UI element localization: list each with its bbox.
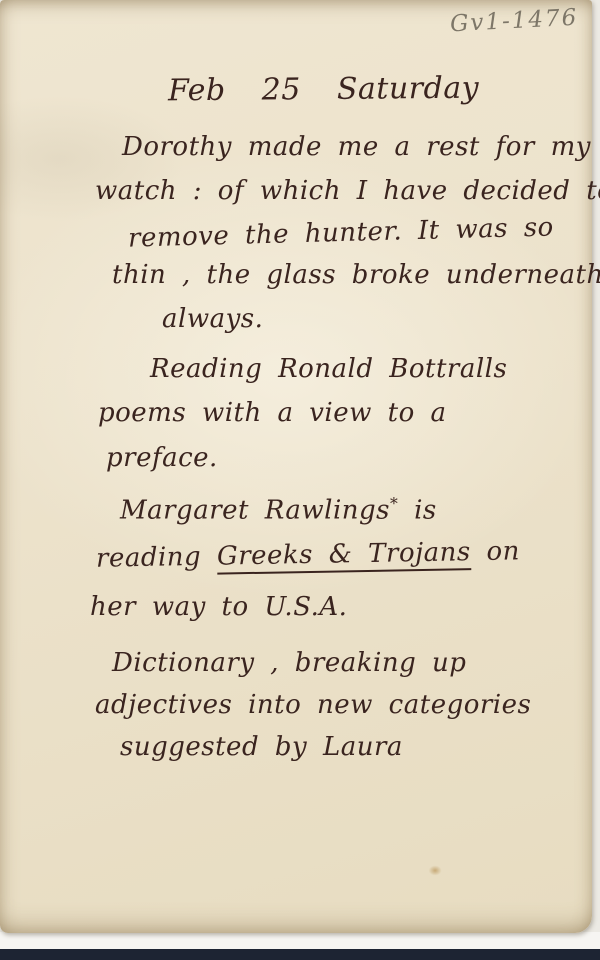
entry3-name: Margaret Rawlings <box>120 496 390 526</box>
entry2-line3: preface. <box>106 443 218 473</box>
catalog-mark: Gv1-1476 <box>449 5 578 38</box>
entry1-line3: remove the hunter. It was so <box>128 212 554 253</box>
entry3-line2-prefix: reading <box>96 542 217 574</box>
entry3-line2-suffix: on <box>470 536 520 567</box>
date-heading: Feb 25 Saturday <box>168 71 479 109</box>
scan-backdrop-strip <box>0 932 600 949</box>
entry4-line1: Dictionary , breaking up <box>112 648 466 678</box>
scan-border-band <box>0 949 600 960</box>
diary-page-scan: Gv1-1476 Feb 25 Saturday Dorothy made me… <box>0 0 600 960</box>
entry4-line2: adjectives into new categories <box>95 690 531 720</box>
entry4-line3: suggested by Laura <box>120 732 403 762</box>
entry3-name-suffix: is <box>398 496 436 526</box>
entry1-line2: watch : of which I have decided to <box>95 176 600 206</box>
entry3-line2: reading Greeks & Trojans on <box>96 536 520 573</box>
diary-paper: Gv1-1476 Feb 25 Saturday Dorothy made me… <box>0 0 592 933</box>
underlined-title: Greeks & Trojans <box>217 537 471 574</box>
entry3-line1: Margaret Rawlings* is <box>120 495 437 526</box>
entry1-line5: always. <box>162 304 263 334</box>
entry1-line4: thin , the glass broke underneath <box>112 260 600 290</box>
entry2-line1: Reading Ronald Bottralls <box>150 354 507 384</box>
entry3-line3: her way to U.S.A. <box>90 592 347 622</box>
entry2-line2: poems with a view to a <box>98 398 447 428</box>
entry1-line1: Dorothy made me a rest for my <box>122 132 591 162</box>
